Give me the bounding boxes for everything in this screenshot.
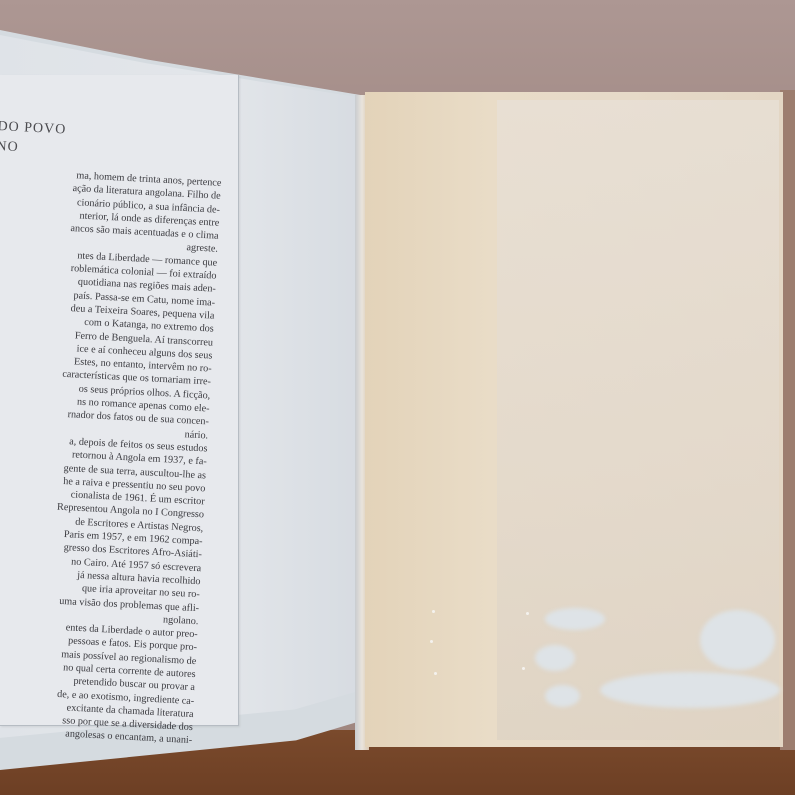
water-stain	[600, 672, 780, 708]
paper-speck	[434, 672, 437, 675]
paper-speck	[526, 612, 529, 615]
jacket-flap: DO POVO NO ma, homem de trinta anos, per…	[0, 75, 239, 726]
paper-speck	[430, 640, 433, 643]
water-stain	[700, 610, 775, 670]
water-stain	[545, 685, 580, 707]
heading-line: NO	[0, 137, 66, 161]
paper-speck	[432, 610, 435, 613]
water-stain	[535, 645, 575, 671]
paper-speck	[522, 667, 525, 670]
flap-heading: DO POVO NO	[0, 117, 67, 161]
flap-body-text: ma, homem de trinta anos, pertenceação d…	[0, 165, 222, 748]
water-stain	[545, 608, 605, 630]
